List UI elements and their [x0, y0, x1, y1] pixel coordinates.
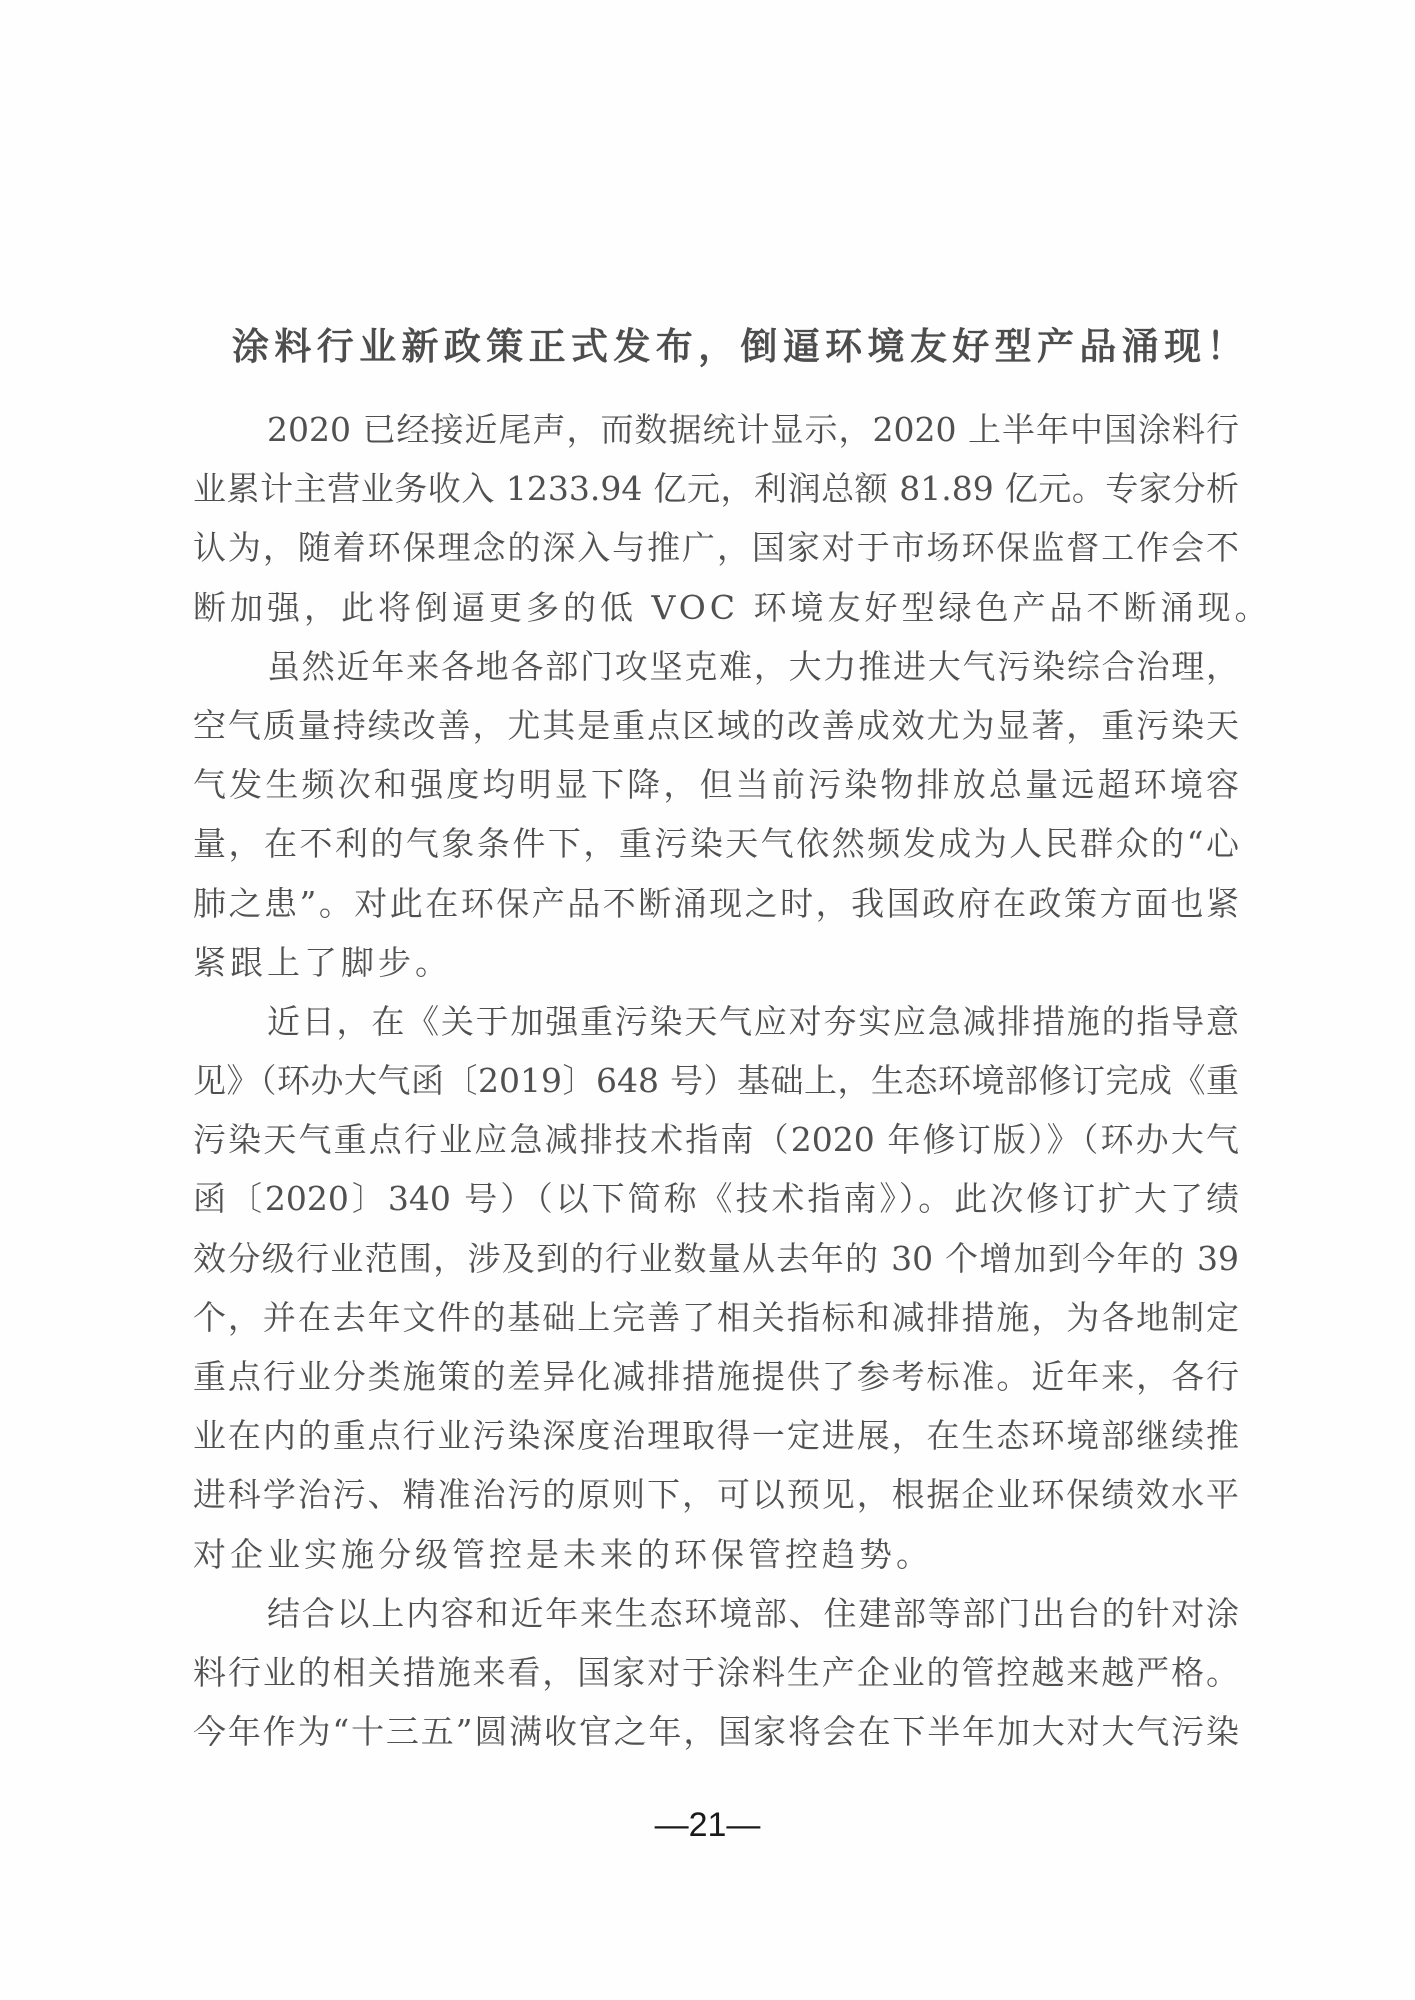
paragraph-4-line-3: 今年作为“十三五”圆满收官之年，国家将会在下半年加大对大气污染	[193, 1702, 1239, 1761]
paragraph-2-line-5: 肺之患”。对此在环保产品不断涌现之时，我国政府在政策方面也紧	[193, 874, 1239, 933]
document-page: 涂料行业新政策正式发布，倒逼环境友好型产品涌现！ 2020 已经接近尾声，而数据…	[0, 0, 1415, 2000]
paragraph-2-line-1: 虽然近年来各地各部门攻坚克难，大力推进大气污染综合治理，	[193, 637, 1239, 696]
paragraph-3-line-7: 重点行业分类施策的差异化减排措施提供了参考标准。近年来，各行	[193, 1347, 1239, 1406]
article-body: 2020 已经接近尾声，而数据统计显示，2020 上半年中国涂料行 业累计主营业…	[193, 400, 1239, 1761]
paragraph-1-line-2: 业累计主营业务收入 1233.94 亿元，利润总额 81.89 亿元。专家分析	[193, 459, 1239, 518]
paragraph-2-line-4: 量，在不利的气象条件下，重污染天气依然频发成为人民群众的“心	[193, 814, 1239, 873]
page-number: —21—	[0, 1805, 1415, 1845]
paragraph-3-line-6: 个，并在去年文件的基础上完善了相关指标和减排措施，为各地制定	[193, 1288, 1239, 1347]
paragraph-3-line-1: 近日，在《关于加强重污染天气应对夯实应急减排措施的指导意	[193, 992, 1239, 1051]
paragraph-2-line-6: 紧跟上了脚步。	[193, 933, 1239, 992]
paragraph-3-line-2: 见》（环办大气函〔2019〕648 号）基础上，生态环境部修订完成《重	[193, 1051, 1239, 1110]
paragraph-2-line-2: 空气质量持续改善，尤其是重点区域的改善成效尤为显著，重污染天	[193, 696, 1239, 755]
paragraph-1-line-4: 断加强，此将倒逼更多的低 VOC 环境友好型绿色产品不断涌现。	[193, 578, 1239, 637]
paragraph-3-line-8: 业在内的重点行业污染深度治理取得一定进展，在生态环境部继续推	[193, 1406, 1239, 1465]
paragraph-2-line-3: 气发生频次和强度均明显下降，但当前污染物排放总量远超环境容	[193, 755, 1239, 814]
paragraph-3-line-9: 进科学治污、精准治污的原则下，可以预见，根据企业环保绩效水平	[193, 1465, 1239, 1524]
paragraph-3-line-4: 函〔2020〕340 号）（以下简称《技术指南》）。此次修订扩大了绩	[193, 1169, 1239, 1228]
paragraph-1-line-3: 认为，随着环保理念的深入与推广，国家对于市场环保监督工作会不	[193, 518, 1239, 577]
paragraph-4-line-1: 结合以上内容和近年来生态环境部、住建部等部门出台的针对涂	[193, 1584, 1239, 1643]
paragraph-3-line-5: 效分级行业范围，涉及到的行业数量从去年的 30 个增加到今年的 39	[193, 1229, 1239, 1288]
paragraph-3-line-3: 污染天气重点行业应急减排技术指南（2020 年修订版）》（环办大气	[193, 1110, 1239, 1169]
article-title: 涂料行业新政策正式发布，倒逼环境友好型产品涌现！	[232, 318, 1244, 374]
paragraph-3-line-10: 对企业实施分级管控是未来的环保管控趋势。	[193, 1525, 1239, 1584]
paragraph-1-line-1: 2020 已经接近尾声，而数据统计显示，2020 上半年中国涂料行	[193, 400, 1239, 459]
paragraph-4-line-2: 料行业的相关措施来看，国家对于涂料生产企业的管控越来越严格。	[193, 1643, 1239, 1702]
